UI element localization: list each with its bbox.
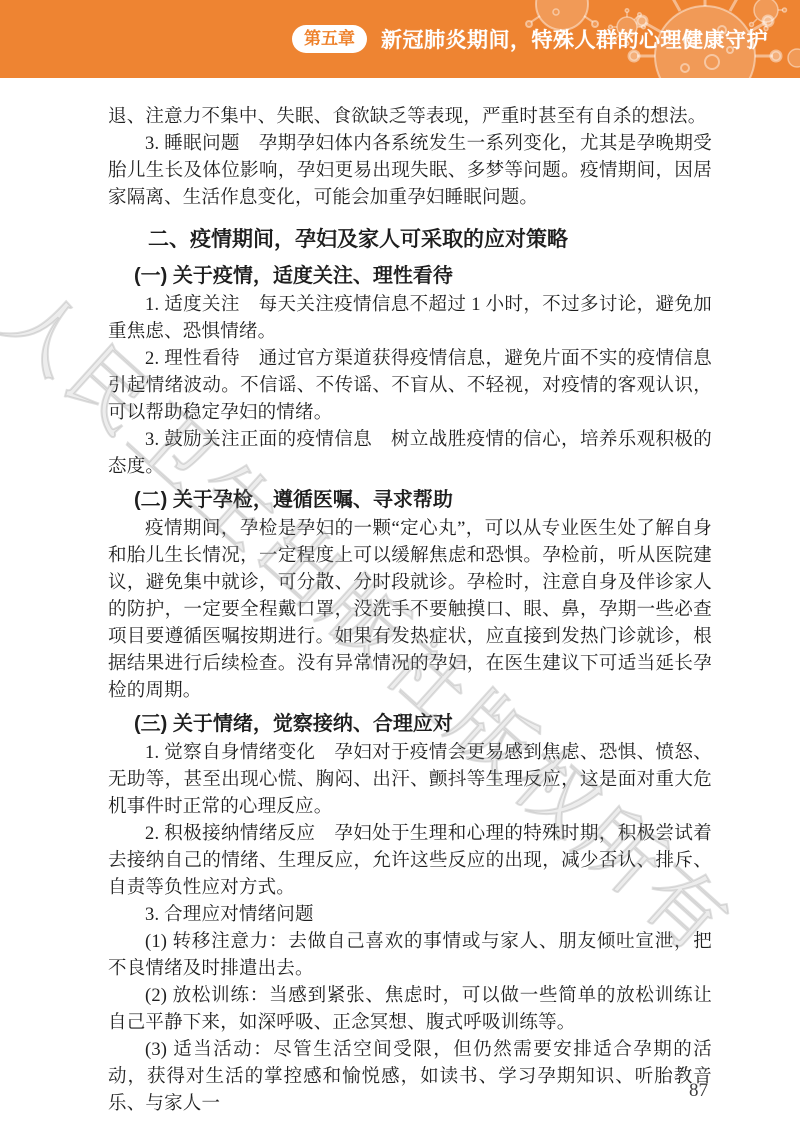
paragraph: 2. 积极接纳情绪反应 孕妇处于生理和心理的特殊时期，积极尝试着去接纳自己的情绪… [108, 821, 712, 902]
paragraph: 3. 鼓励关注正面的疫情信息 树立战胜疫情的信心，培养乐观积极的态度。 [108, 427, 712, 481]
page-number: 87 [689, 1080, 708, 1102]
page-body-text: 退、注意力不集中、失眠、食欲缺乏等表现，严重时甚至有自杀的想法。 3. 睡眠问题… [108, 78, 712, 1118]
coronavirus-icon [788, 49, 800, 67]
chapter-title: 新冠肺炎期间，特殊人群的心理健康守护 [381, 24, 768, 54]
paragraph: 1. 觉察自身情绪变化 孕妇对于疫情会更易感到焦虑、恐惧、愤怒、无助等，甚至出现… [108, 740, 712, 821]
paragraph: (2) 放松训练：当感到紧张、焦虑时，可以做一些简单的放松训练让自己平静下来，如… [108, 983, 712, 1037]
section-heading: 二、疫情期间，孕妇及家人可采取的应对策略 [148, 226, 712, 254]
subsection-heading: (一) 关于疫情，适度关注、理性看待 [134, 262, 712, 290]
paragraph: (3) 适当活动：尽管生活空间受限，但仍然需要安排适合孕期的活动，获得对生活的掌… [108, 1037, 712, 1118]
subsection-heading: (三) 关于情绪，觉察接纳、合理应对 [134, 710, 712, 738]
chapter-header-band: 第五章 新冠肺炎期间，特殊人群的心理健康守护 [0, 0, 800, 78]
paragraph: 退、注意力不集中、失眠、食欲缺乏等表现，严重时甚至有自杀的想法。 [108, 104, 712, 131]
paragraph: 疫情期间，孕检是孕妇的一颗“定心丸”，可以从专业医生处了解自身和胎儿生长情况，一… [108, 516, 712, 705]
paragraph: 3. 合理应对情绪问题 [108, 902, 712, 929]
paragraph: 3. 睡眠问题 孕期孕妇体内各系统发生一系列变化，尤其是孕晚期受胎儿生长及体位影… [108, 131, 712, 212]
paragraph: 1. 适度关注 每天关注疫情信息不超过 1 小时，不过多讨论，避免加重焦虑、恐惧… [108, 292, 712, 346]
subsection-heading: (二) 关于孕检，遵循医嘱、寻求帮助 [134, 486, 712, 514]
chapter-badge: 第五章 [292, 25, 367, 53]
paragraph: 2. 理性看待 通过官方渠道获得疫情信息，避免片面不实的疫情信息引起情绪波动。不… [108, 346, 712, 427]
paragraph: (1) 转移注意力：去做自己喜欢的事情或与家人、朋友倾吐宣泄，把不良情绪及时排遣… [108, 929, 712, 983]
